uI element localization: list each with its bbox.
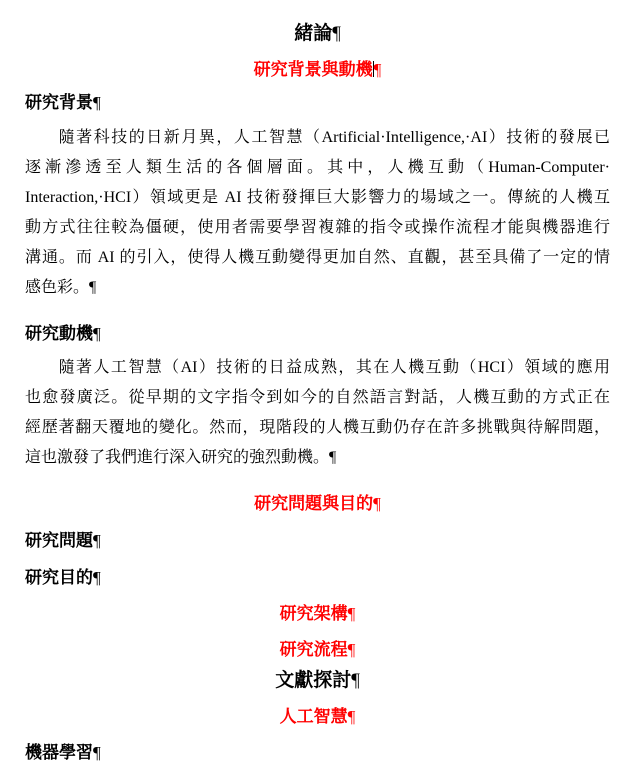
paragraph-line[interactable]: 隨著科技的日新月異，人工智慧（Artificial·Intelligence,·…: [25, 123, 610, 153]
paragraph-line[interactable]: 也愈發廣泛。從早期的文字指令到如今的自然語言對話，人機互動的方式正在: [25, 383, 610, 413]
section-heading-background-motivation[interactable]: 研究背景與動機¶: [25, 61, 610, 78]
section-heading-text: 研究架構: [280, 604, 348, 623]
paragraph-line[interactable]: 逐漸滲透至人類生活的各個層面。其中，人機互動（Human-Computer·: [25, 153, 610, 183]
chapter-heading-introduction[interactable]: 緒論¶: [25, 24, 610, 43]
section-heading-text: 研究背景與動機: [254, 60, 373, 79]
paragraph-mark: ¶: [374, 60, 382, 79]
section-heading-text: 人工智慧: [280, 707, 348, 726]
paragraph-background[interactable]: 隨著科技的日新月異，人工智慧（Artificial·Intelligence,·…: [25, 123, 610, 303]
paragraph-line[interactable]: Interaction,·HCI）領域更是 AI 技術發揮巨大影響力的場域之一。…: [25, 183, 610, 213]
paragraph-mark: ¶: [351, 670, 360, 691]
paragraph-mark: ¶: [89, 279, 96, 296]
paragraph-line[interactable]: 感色彩。¶: [25, 273, 610, 303]
document-page[interactable]: 緒論¶ 研究背景與動機¶ 研究背景¶ 隨著科技的日新月異，人工智慧（Artifi…: [0, 0, 633, 770]
subsection-heading-text: 機器學習: [25, 743, 93, 762]
paragraph-mark: ¶: [348, 604, 356, 623]
subsection-heading-question[interactable]: 研究問題¶: [25, 532, 610, 549]
paragraph-line-text: 感色彩。: [25, 279, 89, 296]
paragraph-mark: ¶: [93, 743, 101, 762]
paragraph-mark: ¶: [373, 494, 381, 513]
section-heading-ai[interactable]: 人工智慧¶: [25, 708, 610, 725]
subsection-heading-purpose[interactable]: 研究目的¶: [25, 569, 610, 586]
section-heading-process[interactable]: 研究流程¶: [25, 641, 610, 658]
subsection-heading-text: 研究背景: [25, 93, 93, 112]
paragraph-motivation[interactable]: 隨著人工智慧（AI）技術的日益成熟，其在人機互動（HCI）領域的應用 也愈發廣泛…: [25, 353, 610, 473]
paragraph-mark: ¶: [348, 640, 356, 659]
subsection-heading-motivation[interactable]: 研究動機¶: [25, 325, 610, 342]
section-heading-question-purpose[interactable]: 研究問題與目的¶: [25, 495, 610, 512]
paragraph-line[interactable]: 動方式往往較為僵硬，使用者需要學習複雜的指令或操作流程才能與機器進行: [25, 213, 610, 243]
section-heading-text: 研究流程: [280, 640, 348, 659]
subsection-heading-text: 研究動機: [25, 324, 93, 343]
paragraph-mark: ¶: [329, 449, 336, 466]
paragraph-line[interactable]: 隨著人工智慧（AI）技術的日益成熟，其在人機互動（HCI）領域的應用: [25, 353, 610, 383]
paragraph-mark: ¶: [93, 531, 101, 550]
paragraph-mark: ¶: [93, 324, 101, 343]
paragraph-line[interactable]: 經歷著翻天覆地的變化。然而，現階段的人機互動仍存在許多挑戰與待解問題，: [25, 413, 610, 443]
section-heading-text: 研究問題與目的: [254, 494, 373, 513]
paragraph-mark: ¶: [332, 23, 341, 44]
paragraph-line[interactable]: 這也激發了我們進行深入研究的強烈動機。¶: [25, 443, 610, 473]
section-heading-framework[interactable]: 研究架構¶: [25, 605, 610, 622]
paragraph-mark: ¶: [93, 568, 101, 587]
chapter-heading-literature-review[interactable]: 文獻探討¶: [25, 671, 610, 690]
subsection-heading-background[interactable]: 研究背景¶: [25, 94, 610, 111]
paragraph-line[interactable]: 溝通。而 AI 的引入，使得人機互動變得更加自然、直觀，甚至具備了一定的情: [25, 243, 610, 273]
paragraph-mark: ¶: [348, 707, 356, 726]
chapter-heading-text: 緒論: [294, 23, 332, 44]
chapter-heading-text: 文獻探討: [275, 670, 351, 691]
subsection-heading-text: 研究目的: [25, 568, 93, 587]
subsection-heading-machine-learning[interactable]: 機器學習¶: [25, 744, 610, 761]
paragraph-mark: ¶: [93, 93, 101, 112]
subsection-heading-text: 研究問題: [25, 531, 93, 550]
paragraph-line-text: 這也激發了我們進行深入研究的強烈動機。: [25, 449, 329, 466]
